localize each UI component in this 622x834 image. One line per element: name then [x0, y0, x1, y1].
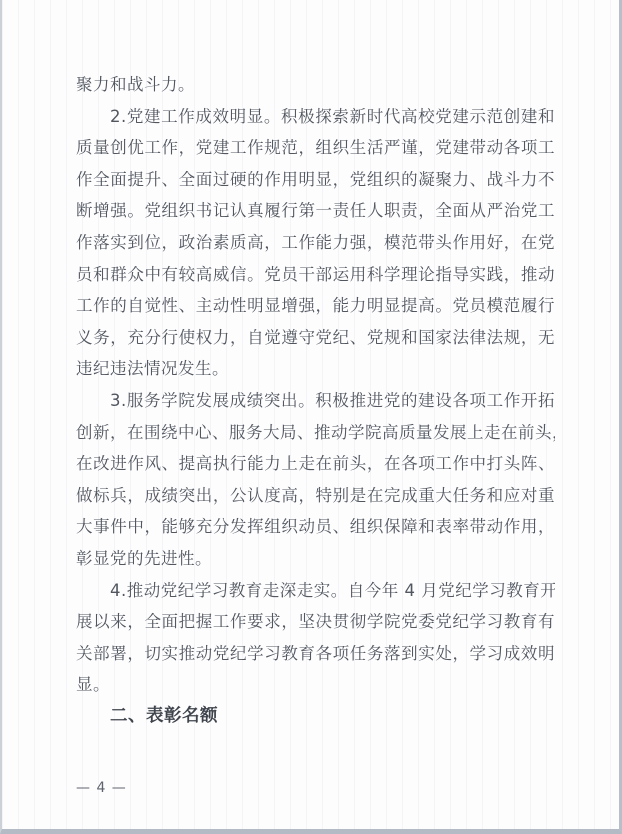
paragraph-line: 工作的自觉性、主动性明显增强，能力明显提高。党员模范履行: [76, 290, 555, 322]
paragraph-line: 4.推动党纪学习教育走深走实。自今年 4 月党纪学习教育开: [76, 575, 555, 607]
paragraph-line: 彰显党的先进性。: [76, 543, 555, 575]
paragraph-line: 大事件中，能够充分发挥组织动员、组织保障和表率带动作用，: [76, 511, 555, 543]
paragraph-line: 创新，在围绕中心、服务大局、推动学院高质量发展上走在前头，: [76, 417, 555, 449]
paragraph-line: 聚力和战斗力。: [76, 69, 555, 101]
paragraph-line: 关部署，切实推动党纪学习教育各项任务落到实处，学习成效明: [76, 638, 555, 670]
paragraph-line: 做标兵，成绩突出，公认度高，特别是在完成重大任务和应对重: [76, 480, 555, 512]
paragraph-line: 展以来，全面把握工作要求，坚决贯彻学院党委党纪学习教育有: [76, 606, 555, 638]
paragraph-line: 质量创优工作，党建工作规范，组织生活严谨，党建带动各项工: [76, 132, 555, 164]
paragraph-line: 在改进作风、提高执行能力上走在前头，在各项工作中打头阵、: [76, 448, 555, 480]
paragraph-line: 3.服务学院发展成绩突出。积极推进党的建设各项工作开拓: [76, 385, 555, 417]
paragraph-line: 作全面提升、全面过硬的作用明显，党组织的凝聚力、战斗力不: [76, 164, 555, 196]
paragraph-line: 断增强。党组织书记认真履行第一责任人职责，全面从严治党工: [76, 195, 555, 227]
paragraph-line: 作落实到位，政治素质高，工作能力强，模范带头作用好，在党: [76, 227, 555, 259]
paragraph-line: 显。: [76, 669, 555, 701]
page-number: — 4 —: [76, 778, 127, 798]
paragraph-line: 义务，充分行使权力，自觉遵守党纪、党规和国家法律法规，无: [76, 322, 555, 354]
paragraph-line: 员和群众中有较高威信。党员干部运用科学理论指导实践，推动: [76, 259, 555, 291]
section-heading: 二、表彰名额: [76, 701, 555, 733]
document-body: 聚力和战斗力。 2.党建工作成效明显。积极探索新时代高校党建示范创建和 质量创优…: [76, 69, 555, 732]
paragraph-line: 2.党建工作成效明显。积极探索新时代高校党建示范创建和: [76, 101, 555, 133]
document-page: 聚力和战斗力。 2.党建工作成效明显。积极探索新时代高校党建示范创建和 质量创优…: [0, 0, 622, 834]
paragraph-line: 违纪违法情况发生。: [76, 353, 555, 385]
